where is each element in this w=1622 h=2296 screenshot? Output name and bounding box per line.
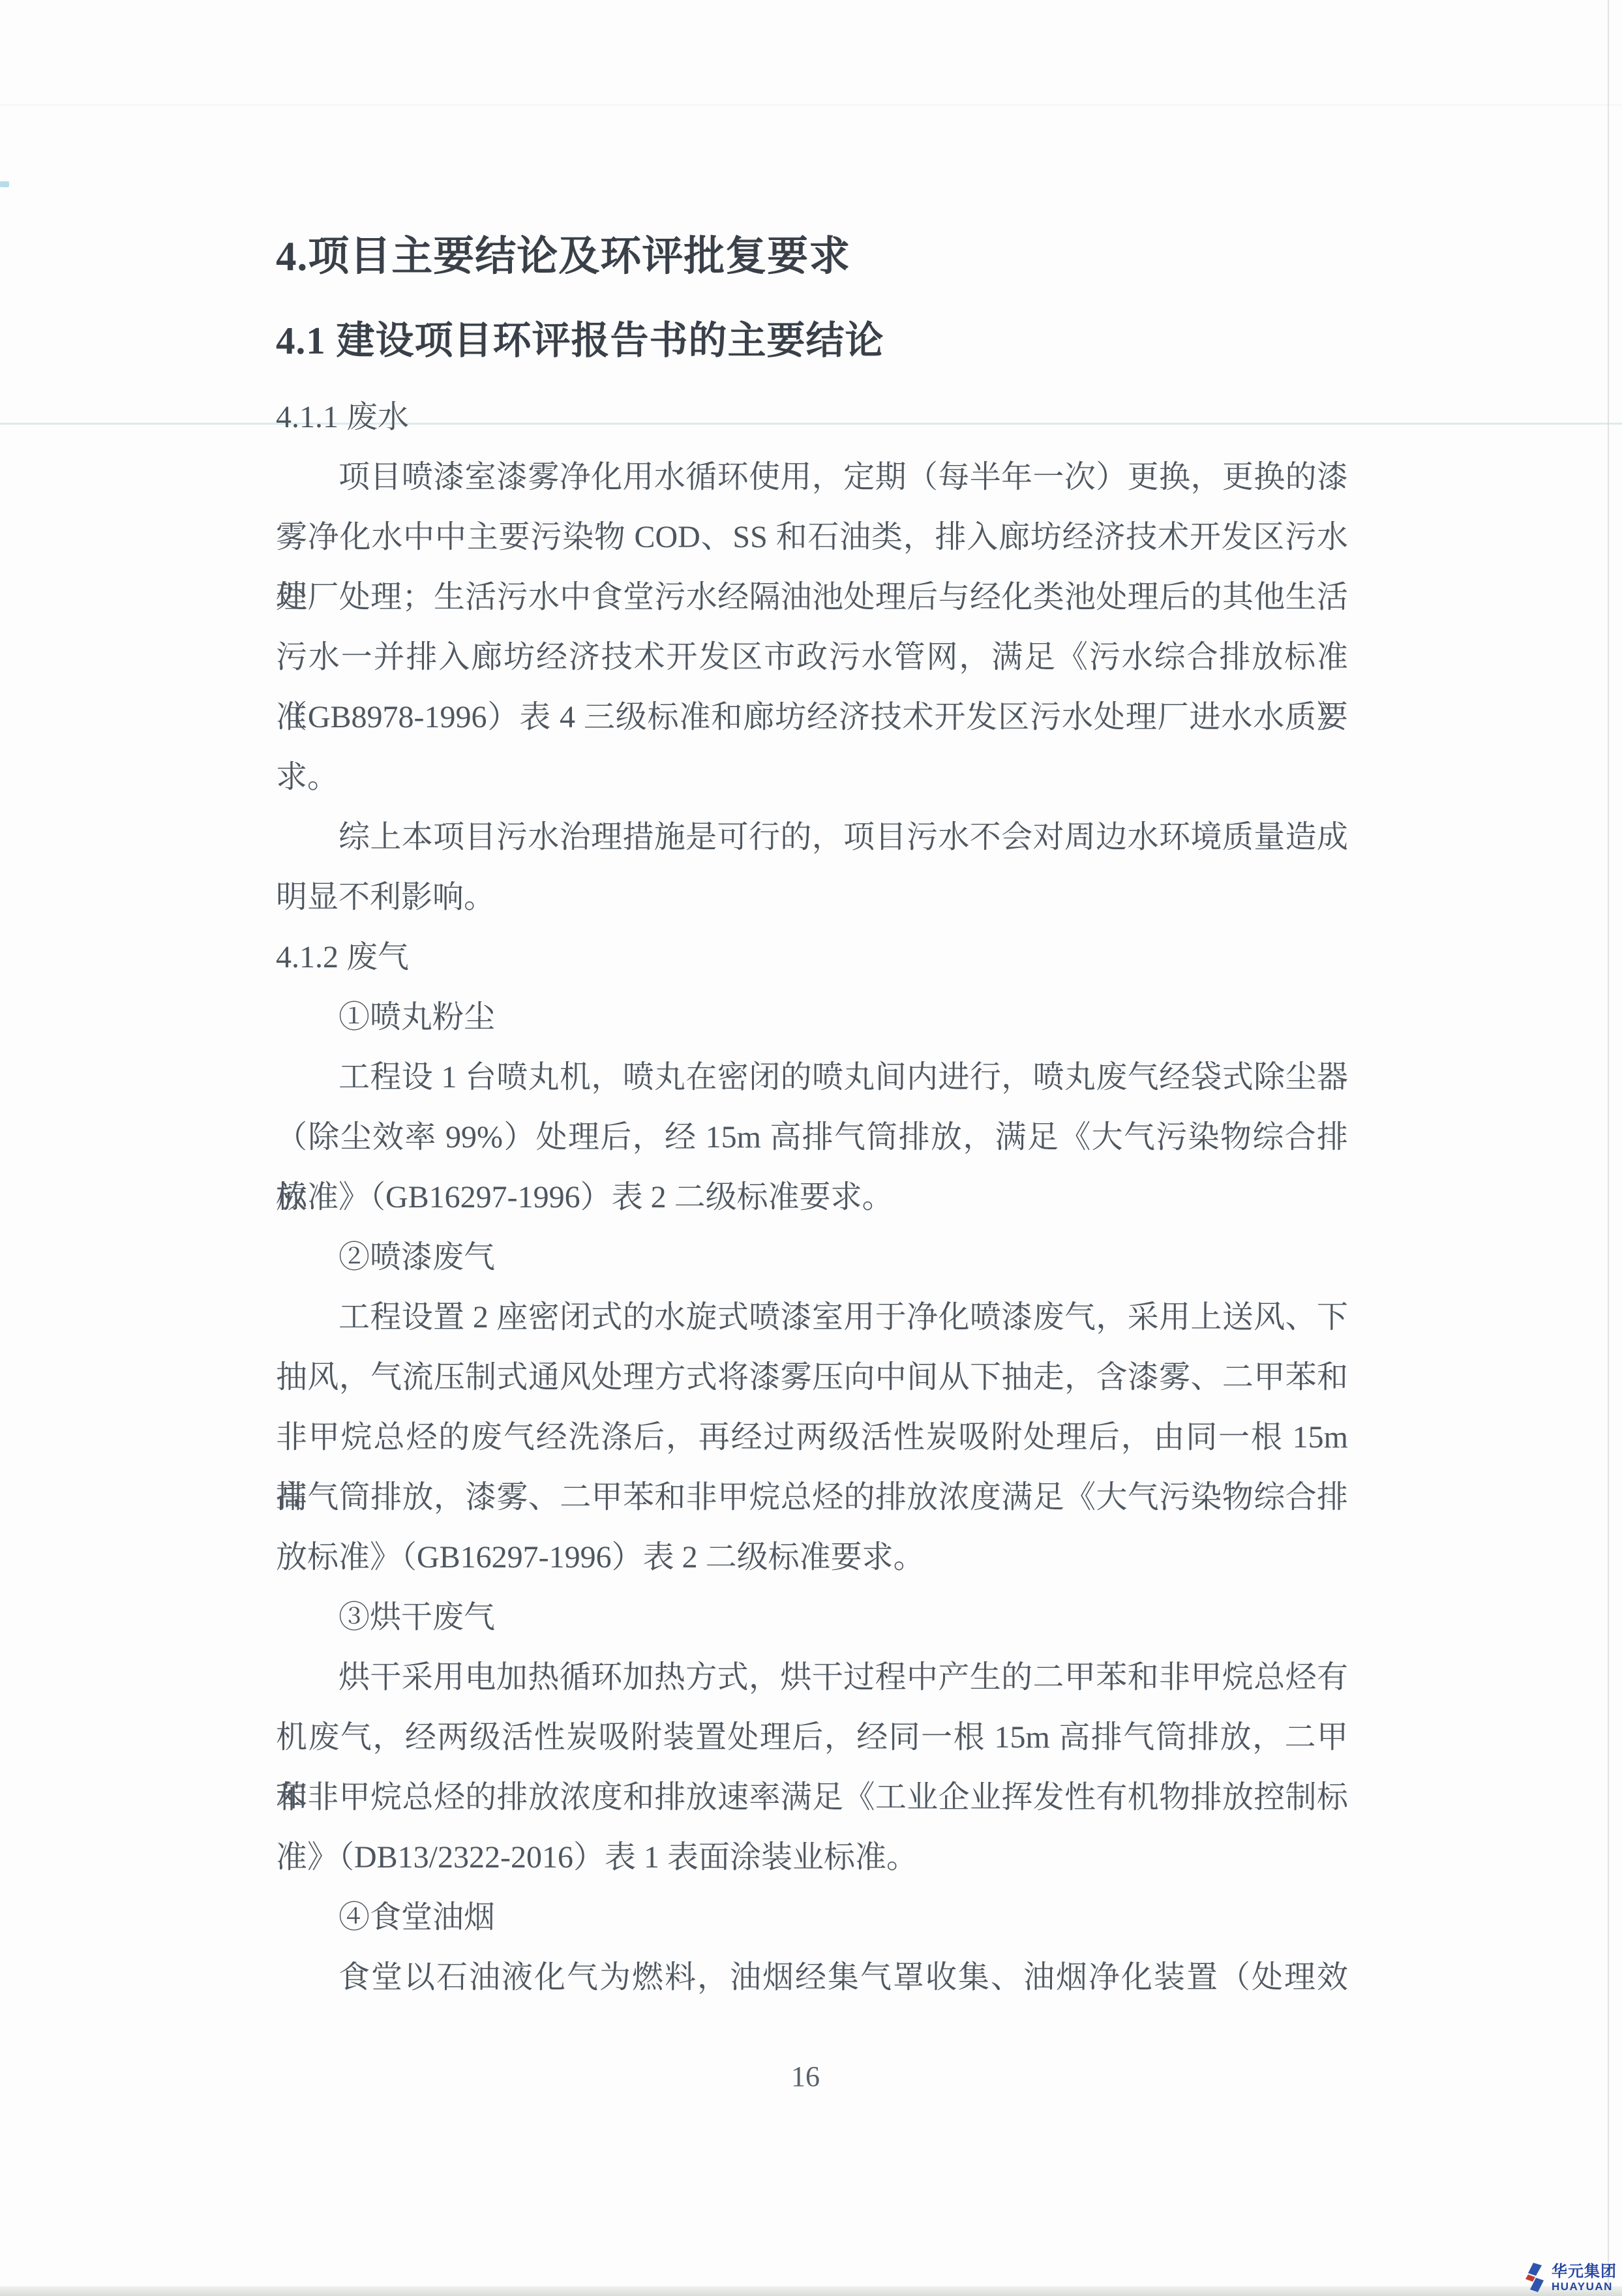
section-heading: 4.1.2 废气 bbox=[276, 928, 1348, 988]
company-logo-text: 华元集团 HUAYUAN bbox=[1552, 2264, 1617, 2292]
document-text-block: 4.项目主要结论及环评批复要求 4.1 建设项目环评报告书的主要结论 4.1.1… bbox=[276, 0, 1348, 2008]
text-line: 雾净化水中中主要污染物 COD、SS 和石油类，排入廊坊经济技术开发区污水处 bbox=[276, 507, 1348, 567]
text-line: ①喷丸粉尘 bbox=[276, 988, 1348, 1048]
text-line: 食堂以石油液化气为燃料，油烟经集气罩收集、油烟净化装置（处理效 bbox=[276, 1948, 1348, 2008]
section-heading: 4.1.1 废水 bbox=[276, 387, 1348, 447]
text-line: 机废气，经两级活性炭吸附装置处理后，经同一根 15m 高排气筒排放，二甲苯 bbox=[276, 1708, 1348, 1768]
text-line: ②喷漆废气 bbox=[276, 1228, 1348, 1288]
text-line: 综上本项目污水治理措施是可行的，项目污水不会对周边水环境质量造成 bbox=[276, 808, 1348, 868]
text-line: 理厂处理；生活污水中食堂污水经隔油池处理后与经化类池处理后的其他生活 bbox=[276, 567, 1348, 627]
scanned-document-page: 4.项目主要结论及环评批复要求 4.1 建设项目环评报告书的主要结论 4.1.1… bbox=[0, 0, 1622, 2296]
text-line: 工程设置 2 座密闭式的水旋式喷漆室用于净化喷漆废气，采用上送风、下 bbox=[276, 1288, 1348, 1348]
text-line: 标准》（GB16297-1996）表 2 二级标准要求。 bbox=[276, 1168, 1348, 1228]
text-line: 明显不利影响。 bbox=[276, 868, 1348, 928]
text-line: ③烘干废气 bbox=[276, 1588, 1348, 1648]
company-logo: 华元集团 HUAYUAN bbox=[1525, 2263, 1617, 2293]
section-title: 4.1 建设项目环评报告书的主要结论 bbox=[276, 318, 1348, 363]
text-line: 烘干采用电加热循环加热方式，烘干过程中产生的二甲苯和非甲烷总烃有 bbox=[276, 1648, 1348, 1708]
text-line: 求。 bbox=[276, 748, 1348, 808]
scan-edge-line bbox=[1608, 0, 1609, 2296]
text-line: 放标准》（GB16297-1996）表 2 二级标准要求。 bbox=[276, 1528, 1348, 1588]
text-line: （GB8978-1996）表 4 三级标准和廊坊经济技术开发区污水处理厂进水水质… bbox=[276, 687, 1348, 748]
text-line: （除尘效率 99%）处理后，经 15m 高排气筒排放，满足《大气污染物综合排放 bbox=[276, 1108, 1348, 1168]
lightning-icon bbox=[1525, 2263, 1547, 2293]
text-line: 项目喷漆室漆雾净化用水循环使用，定期（每半年一次）更换，更换的漆 bbox=[276, 447, 1348, 507]
page-number: 16 bbox=[0, 2060, 1611, 2093]
scan-edge-mark bbox=[0, 181, 9, 187]
text-line: 和非甲烷总烃的排放浓度和排放速率满足《工业企业挥发性有机物排放控制标 bbox=[276, 1768, 1348, 1828]
company-name-en: HUAYUAN bbox=[1552, 2281, 1617, 2292]
company-name-cn: 华元集团 bbox=[1552, 2264, 1617, 2280]
text-line: 工程设 1 台喷丸机，喷丸在密闭的喷丸间内进行，喷丸废气经袋式除尘器 bbox=[276, 1048, 1348, 1108]
scan-bottom-edge bbox=[0, 2286, 1622, 2296]
text-line: 准》（DB13/2322-2016）表 1 表面涂装业标准。 bbox=[276, 1828, 1348, 1888]
document-body: 4.1.1 废水项目喷漆室漆雾净化用水循环使用，定期（每半年一次）更换，更换的漆… bbox=[276, 387, 1348, 2008]
text-line: 非甲烷总烃的废气经洗涤后，再经过两级活性炭吸附处理后，由同一根 15m 高 bbox=[276, 1408, 1348, 1468]
text-line: ④食堂油烟 bbox=[276, 1888, 1348, 1948]
text-line: 排气筒排放，漆雾、二甲苯和非甲烷总烃的排放浓度满足《大气污染物综合排 bbox=[276, 1468, 1348, 1528]
text-line: 抽风，气流压制式通风处理方式将漆雾压向中间从下抽走，含漆雾、二甲苯和 bbox=[276, 1348, 1348, 1408]
chapter-title: 4.项目主要结论及环评批复要求 bbox=[276, 234, 1348, 279]
text-line: 污水一并排入廊坊经济技术开发区市政污水管网，满足《污水综合排放标准准》 bbox=[276, 627, 1348, 687]
